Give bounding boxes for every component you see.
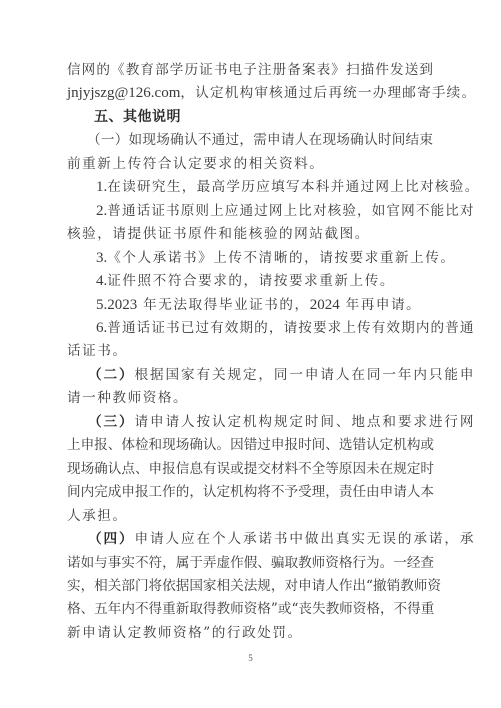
paragraph-text: 请申请人按认定机构规定时间、地点和要求进行网: [134, 414, 475, 430]
list-number: 4.: [96, 273, 107, 289]
page-number: 5: [0, 653, 501, 663]
text-line: 信网的《教育部学历证书电子注册备案表》扫描件发送到: [67, 59, 433, 82]
paragraph-text: 年无法取得毕业证书的，: [137, 297, 309, 313]
paragraph-label: （三）: [88, 414, 134, 430]
paragraph-label: （二）: [88, 367, 134, 383]
list-item: 2.普通话证书原则上应通过网上比对核验，如官网不能比对: [67, 200, 433, 223]
text-line: 上申报、体检和现场确认。因错过申报时间、选错认定机构或: [67, 434, 433, 457]
paragraph-text: 证件照不符合要求的，请按要求重新上传。: [107, 273, 395, 289]
paragraph-text: 诺如与事实不符，属于弄虚作假、骗取教师资格行为。一经查: [67, 555, 434, 571]
list-number: 5.2023: [96, 297, 137, 313]
email-address: jnjyjszg@126.com: [67, 85, 180, 101]
paragraph-text: 上申报、体检和现场确认。因错过申报时间、选错认定机构或: [67, 437, 434, 453]
text-line: 前重新上传符合认定要求的相关资料。: [67, 153, 433, 176]
paragraph-text: 申请人应在个人承诺书中做出真实无误的承诺，承: [134, 531, 475, 547]
text-line: 请一种教师资格。: [67, 387, 433, 410]
paragraph-text: （一）如现场确认不通过，需申请人在现场确认时间结束: [87, 132, 433, 148]
paragraph-text: 在读研究生，最高学历应填写本科并通过网上比对核验。: [107, 179, 479, 195]
list-number: 3.: [96, 250, 107, 266]
paragraph-text: 核验，请提供证书原件和能核验的网站截图。: [67, 226, 370, 242]
paragraph-label: （四）: [88, 531, 134, 547]
text-line: 核验，请提供证书原件和能核验的网站截图。: [67, 223, 433, 246]
document-body: 信网的《教育部学历证书电子注册备案表》扫描件发送到 jnjyjszg@126.c…: [67, 59, 433, 645]
paragraph-text: 普通话证书已过有效期的，请按要求上传有效期内的普通: [107, 320, 474, 336]
paragraph-text: 请一种教师资格。: [67, 390, 188, 406]
paragraph-text: 话证书。: [67, 343, 128, 359]
list-item: 4.证件照不符合要求的，请按要求重新上传。: [67, 270, 433, 293]
section-heading: 五、其他说明: [67, 106, 433, 129]
paragraph-text: 人承担。: [67, 508, 128, 524]
paragraph-text: 现场确认点、申报信息有误或提交材料不全等原因未在规定时: [67, 461, 434, 477]
text-line: 现场确认点、申报信息有误或提交材料不全等原因未在规定时: [67, 458, 433, 481]
year-text: 2024: [310, 297, 340, 313]
paragraph-text: 实，相关部门将依据国家相关法规，对申请人作出“撤销教师资: [67, 578, 441, 594]
list-number: 6.: [96, 320, 107, 336]
paragraph-text: 间内完成申报工作的，认定机构将不予受理，责任由申请人本: [67, 484, 434, 500]
list-item: 3.《个人承诺书》上传不清晰的，请按要求重新上传。: [67, 247, 433, 270]
paragraph-text: 根据国家有关规定，同一申请人在同一年内只能申: [134, 367, 475, 383]
list-number: 2.: [96, 203, 107, 219]
text-line: jnjyjszg@126.com，认定机构审核通过后再统一办理邮寄手续。: [67, 82, 433, 105]
text-line: 实，相关部门将依据国家相关法规，对申请人作出“撤销教师资: [67, 575, 433, 598]
text-line: 间内完成申报工作的，认定机构将不予受理，责任由申请人本: [67, 481, 433, 504]
paragraph-text: 年再申请。: [340, 297, 422, 313]
text-line: 话证书。: [67, 340, 433, 363]
paragraph-text: 新申请认定教师资格”的行政处罚。: [67, 625, 303, 641]
text-line: 格、五年内不得重新取得教师资格”或“丧失教师资格，不得重: [67, 598, 433, 621]
paragraph: （二）根据国家有关规定，同一申请人在同一年内只能申: [67, 364, 433, 387]
paragraph: （三）请申请人按认定机构规定时间、地点和要求进行网: [67, 411, 433, 434]
paragraph-text: 信网的《教育部学历证书电子注册备案表》扫描件发送到: [67, 62, 433, 78]
list-item: 6.普通话证书已过有效期的，请按要求上传有效期内的普通: [67, 317, 433, 340]
list-number: 1.: [96, 179, 107, 195]
text-line: 人承担。: [67, 505, 433, 528]
paragraph-text: 前重新上传符合认定要求的相关资料。: [67, 156, 324, 172]
paragraph-text: 格、五年内不得重新取得教师资格”或“丧失教师资格，不得重: [67, 601, 434, 617]
document-page: 信网的《教育部学历证书电子注册备案表》扫描件发送到 jnjyjszg@126.c…: [0, 0, 501, 708]
list-item: 1.在读研究生，最高学历应填写本科并通过网上比对核验。: [67, 176, 433, 199]
text-line: 新申请认定教师资格”的行政处罚。: [67, 622, 433, 645]
list-item: 5.2023 年无法取得毕业证书的，2024 年再申请。: [67, 294, 433, 317]
paragraph-text: ，认定机构审核通过后再统一办理邮寄手续。: [180, 85, 476, 101]
text-line: （一）如现场确认不通过，需申请人在现场确认时间结束: [67, 129, 433, 152]
paragraph: （四）申请人应在个人承诺书中做出真实无误的承诺，承: [67, 528, 433, 551]
paragraph-text: 普通话证书原则上应通过网上比对核验，如官网不能比对: [107, 203, 474, 219]
text-line: 诺如与事实不符，属于弄虚作假、骗取教师资格行为。一经查: [67, 552, 433, 575]
paragraph-text: 《个人承诺书》上传不清晰的，请按要求重新上传。: [107, 250, 455, 266]
